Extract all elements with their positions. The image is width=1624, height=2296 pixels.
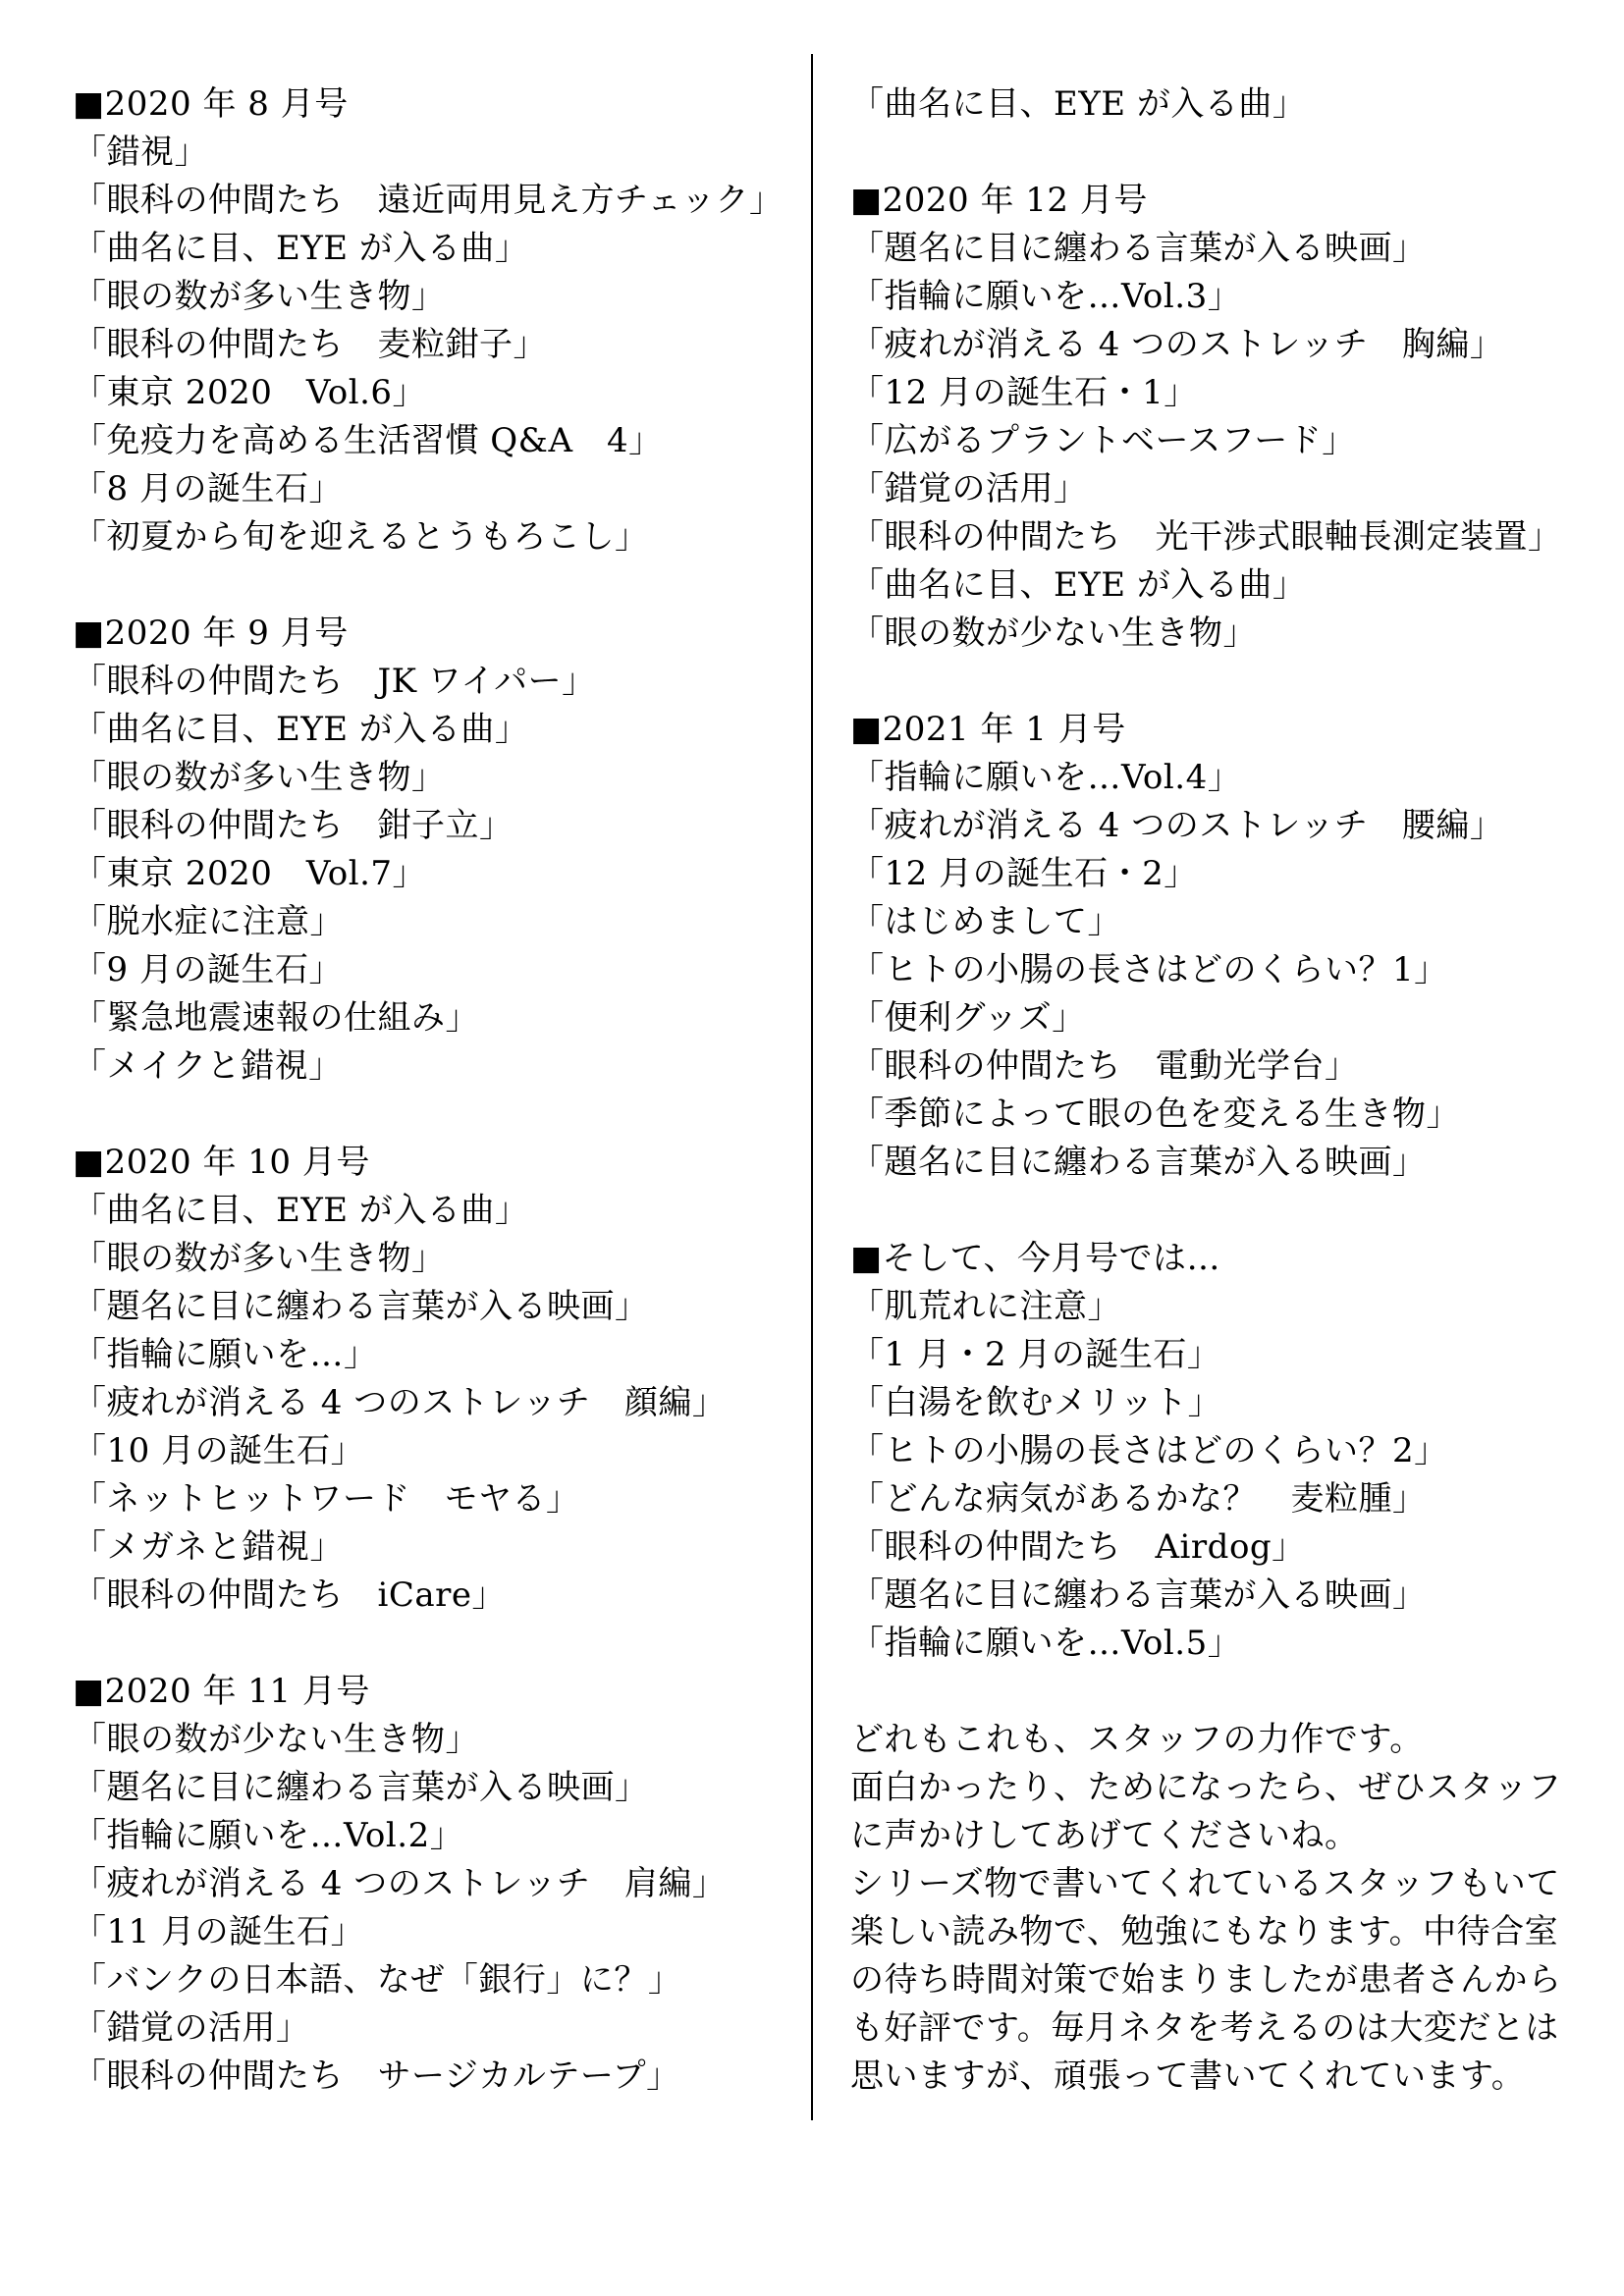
article-title: 「眼の数が多い生き物」 bbox=[73, 273, 799, 321]
blank-line bbox=[73, 1091, 799, 1139]
article-title: 「曲名に目、EYE が入る曲」 bbox=[73, 225, 799, 273]
article-title: 「題名に目に纏わる言葉が入る映画」 bbox=[73, 1283, 799, 1331]
article-title: 「12 月の誕生石・1」 bbox=[850, 369, 1597, 417]
article-title: 「眼科の仲間たち サージカルテープ」 bbox=[73, 2053, 799, 2101]
article-title: 「メガネと錯視」 bbox=[73, 1523, 799, 1572]
article-title: 「どんな病気があるかな？ 麦粒腫」 bbox=[850, 1475, 1597, 1523]
article-title: 「眼科の仲間たち 電動光学台」 bbox=[850, 1042, 1597, 1091]
article-title: 「脱水症に注意」 bbox=[73, 898, 799, 946]
closing-paragraph-line: 思いますが、頑張って書いてくれています。 bbox=[850, 2053, 1597, 2101]
article-title: 「疲れが消える 4 つのストレッチ 腰編」 bbox=[850, 802, 1597, 850]
article-title: 「題名に目に纏わる言葉が入る映画」 bbox=[73, 1764, 799, 1812]
article-title: 「眼の数が少ない生き物」 bbox=[850, 610, 1597, 658]
issue-section-oct-2020: ■2020 年 10 月号 「曲名に目、EYE が入る曲」 「眼の数が多い生き物… bbox=[73, 1139, 799, 1620]
article-title: 「12 月の誕生石・2」 bbox=[850, 850, 1597, 898]
article-title: 「疲れが消える 4 つのストレッチ 顔編」 bbox=[73, 1379, 799, 1427]
issue-section-current: ■そして、今月号では… 「肌荒れに注意」 「1 月・2 月の誕生石」 「白湯を飲… bbox=[850, 1235, 1597, 1668]
article-title: 「眼科の仲間たち 麦粒鉗子」 bbox=[73, 321, 799, 369]
closing-paragraph-line: に声かけしてあげてくださいね。 bbox=[850, 1812, 1597, 1860]
article-title: 「広がるプラントベースフード」 bbox=[850, 417, 1597, 465]
article-title: 「9 月の誕生石」 bbox=[73, 946, 799, 994]
closing-paragraph-line: 楽しい読み物で、勉強にもなります。中待合室 bbox=[850, 1908, 1597, 1956]
article-title: 「緊急地震速報の仕組み」 bbox=[73, 994, 799, 1042]
issue-header-aug-2020: ■2020 年 8 月号 bbox=[73, 80, 799, 129]
closing-paragraph-line: の待ち時間対策で始まりましたが患者さんから bbox=[850, 1956, 1597, 2004]
article-title: 「肌荒れに注意」 bbox=[850, 1283, 1597, 1331]
article-title: 「ネットヒットワード モヤる」 bbox=[73, 1475, 799, 1523]
article-title: 「10 月の誕生石」 bbox=[73, 1427, 799, 1475]
article-title: 「題名に目に纏わる言葉が入る映画」 bbox=[850, 1139, 1597, 1187]
issue-section-aug-2020: ■2020 年 8 月号 「錯視」 「眼科の仲間たち 遠近両用見え方チェック」 … bbox=[73, 80, 799, 561]
article-title: 「11 月の誕生石」 bbox=[73, 1908, 799, 1956]
closing-paragraph-line: 面白かったり、ためになったら、ぜひスタッフ bbox=[850, 1764, 1597, 1812]
article-title: 「眼科の仲間たち JK ワイパー」 bbox=[73, 658, 799, 706]
blank-line bbox=[850, 1187, 1597, 1235]
article-title: 「眼科の仲間たち 遠近両用見え方チェック」 bbox=[73, 177, 799, 225]
closing-paragraph-line: どれもこれも、スタッフの力作です。 bbox=[850, 1716, 1597, 1764]
article-title: 「メイクと錯視」 bbox=[73, 1042, 799, 1091]
article-title: 「はじめまして」 bbox=[850, 898, 1597, 946]
closing-paragraph-line: シリーズ物で書いてくれているスタッフもいて bbox=[850, 1860, 1597, 1908]
article-title: 「曲名に目、EYE が入る曲」 bbox=[850, 561, 1597, 610]
blank-line bbox=[850, 1668, 1597, 1716]
article-title: 「眼科の仲間たち 鉗子立」 bbox=[73, 802, 799, 850]
article-title: 「1 月・2 月の誕生石」 bbox=[850, 1331, 1597, 1379]
blank-line bbox=[850, 658, 1597, 706]
article-title: 「題名に目に纏わる言葉が入る映画」 bbox=[850, 1572, 1597, 1620]
article-title: 「ヒトの小腸の長さはどのくらい？2」 bbox=[850, 1427, 1597, 1475]
article-title: 「バンクの日本語、なぜ「銀行」に？」 bbox=[73, 1956, 799, 2004]
article-title: 「錯視」 bbox=[73, 129, 799, 177]
article-title: 「眼科の仲間たち iCare」 bbox=[73, 1572, 799, 1620]
article-title: 「東京 2020 Vol.6」 bbox=[73, 369, 799, 417]
article-title: 「初夏から旬を迎えるとうもろこし」 bbox=[73, 513, 799, 561]
article-title: 「疲れが消える 4 つのストレッチ 肩編」 bbox=[73, 1860, 799, 1908]
issue-section-nov-2020-continued: 「曲名に目、EYE が入る曲」 bbox=[850, 80, 1597, 129]
column-divider bbox=[811, 54, 813, 2120]
article-title: 「東京 2020 Vol.7」 bbox=[73, 850, 799, 898]
issue-header-dec-2020: ■2020 年 12 月号 bbox=[850, 177, 1597, 225]
closing-paragraph-line: も好評です。毎月ネタを考えるのは大変だとは bbox=[850, 2004, 1597, 2053]
issue-section-jan-2021: ■2021 年 1 月号 「指輪に願いを…Vol.4」 「疲れが消える 4 つの… bbox=[850, 706, 1597, 1187]
article-title: 「指輪に願いを…Vol.3」 bbox=[850, 273, 1597, 321]
article-title: 「題名に目に纏わる言葉が入る映画」 bbox=[850, 225, 1597, 273]
article-title: 「便利グッズ」 bbox=[850, 994, 1597, 1042]
blank-line bbox=[850, 129, 1597, 177]
issue-section-nov-2020: ■2020 年 11 月号 「眼の数が少ない生き物」 「題名に目に纏わる言葉が入… bbox=[73, 1668, 799, 2101]
article-title: 「白湯を飲むメリット」 bbox=[850, 1379, 1597, 1427]
issue-header-jan-2021: ■2021 年 1 月号 bbox=[850, 706, 1597, 754]
article-title: 「曲名に目、EYE が入る曲」 bbox=[73, 1187, 799, 1235]
issue-header-current: ■そして、今月号では… bbox=[850, 1235, 1597, 1283]
article-title: 「疲れが消える 4 つのストレッチ 胸編」 bbox=[850, 321, 1597, 369]
article-title: 「ヒトの小腸の長さはどのくらい？1」 bbox=[850, 946, 1597, 994]
article-title: 「指輪に願いを…」 bbox=[73, 1331, 799, 1379]
issue-section-sep-2020: ■2020 年 9 月号 「眼科の仲間たち JK ワイパー」 「曲名に目、EYE… bbox=[73, 610, 799, 1091]
blank-line bbox=[73, 1620, 799, 1668]
article-title: 「錯覚の活用」 bbox=[850, 465, 1597, 513]
article-title: 「季節によって眼の色を変える生き物」 bbox=[850, 1091, 1597, 1139]
blank-line bbox=[73, 561, 799, 610]
article-title: 「免疫力を高める生活習慣 Q&A 4」 bbox=[73, 417, 799, 465]
document-page: ■2020 年 8 月号 「錯視」 「眼科の仲間たち 遠近両用見え方チェック」 … bbox=[0, 0, 1624, 2296]
issue-header-sep-2020: ■2020 年 9 月号 bbox=[73, 610, 799, 658]
article-title: 「指輪に願いを…Vol.4」 bbox=[850, 754, 1597, 802]
article-title: 「眼の数が多い生き物」 bbox=[73, 754, 799, 802]
article-title: 「眼の数が多い生き物」 bbox=[73, 1235, 799, 1283]
article-title: 「指輪に願いを…Vol.2」 bbox=[73, 1812, 799, 1860]
article-title: 「錯覚の活用」 bbox=[73, 2004, 799, 2053]
closing-paragraph: どれもこれも、スタッフの力作です。 面白かったり、ためになったら、ぜひスタッフ … bbox=[850, 1716, 1597, 2101]
article-title: 「曲名に目、EYE が入る曲」 bbox=[850, 80, 1597, 129]
article-title: 「指輪に願いを…Vol.5」 bbox=[850, 1620, 1597, 1668]
article-title: 「眼科の仲間たち Airdog」 bbox=[850, 1523, 1597, 1572]
article-title: 「曲名に目、EYE が入る曲」 bbox=[73, 706, 799, 754]
issue-header-oct-2020: ■2020 年 10 月号 bbox=[73, 1139, 799, 1187]
article-title: 「8 月の誕生石」 bbox=[73, 465, 799, 513]
article-title: 「眼科の仲間たち 光干渉式眼軸長測定装置」 bbox=[850, 513, 1597, 561]
left-column: ■2020 年 8 月号 「錯視」 「眼科の仲間たち 遠近両用見え方チェック」 … bbox=[73, 80, 799, 2101]
article-title: 「眼の数が少ない生き物」 bbox=[73, 1716, 799, 1764]
issue-section-dec-2020: ■2020 年 12 月号 「題名に目に纏わる言葉が入る映画」 「指輪に願いを…… bbox=[850, 177, 1597, 658]
right-column: 「曲名に目、EYE が入る曲」 ■2020 年 12 月号 「題名に目に纏わる言… bbox=[850, 80, 1597, 2101]
issue-header-nov-2020: ■2020 年 11 月号 bbox=[73, 1668, 799, 1716]
